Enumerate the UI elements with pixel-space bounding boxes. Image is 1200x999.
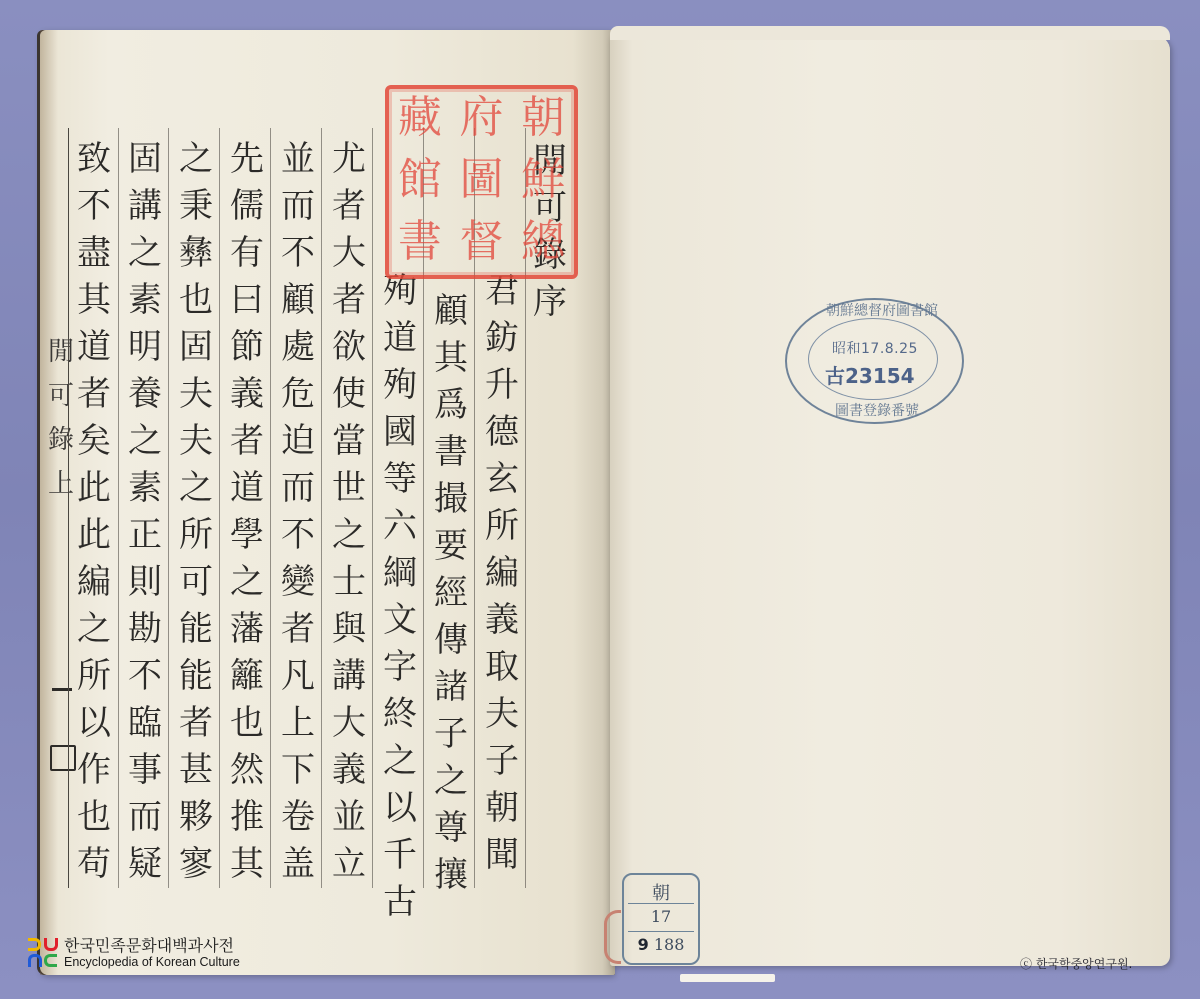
stamp-accession-number: 古23154 bbox=[825, 360, 915, 389]
binding-thread bbox=[604, 910, 621, 964]
copyright-text: ⓒ 한국학중앙연구원. bbox=[1020, 955, 1132, 972]
logo-mark-icon bbox=[28, 938, 58, 968]
page-top-edge bbox=[610, 26, 1170, 40]
right-page bbox=[610, 36, 1170, 966]
text-column-9: 致不盡其道者矣此此編之所以作也苟 bbox=[69, 136, 119, 888]
logo-korean-text: 한국민족문화대백과사전 bbox=[64, 938, 240, 954]
stamp-number: 23154 bbox=[845, 364, 915, 388]
text-column-2: 顧其爲書撮要經傳諸子之尊攘 bbox=[426, 288, 476, 899]
text-column-6: 先儒有曰節義者道學之藩籬也然推其 bbox=[222, 136, 272, 888]
encyclopedia-logo: 한국민족문화대백과사전 Encyclopedia of Korean Cultu… bbox=[28, 938, 240, 969]
text-column-3: 殉道殉國等六綱文字終之以千古 bbox=[375, 268, 425, 926]
stamp-date: 昭和17.8.25 bbox=[832, 338, 918, 358]
text-column-7: 之秉彝也固夫夫之所可能能者甚夥寥 bbox=[171, 136, 221, 888]
call-label-row1: 朝 bbox=[624, 879, 698, 905]
logo-english-text: Encyclopedia of Korean Culture bbox=[64, 956, 240, 969]
call-label-divider bbox=[628, 931, 694, 932]
call-label-divider bbox=[628, 903, 694, 904]
stamp-number-prefix: 古 bbox=[825, 364, 845, 388]
red-library-seal: 藏 府 朝 館 圖 鮮 書 督 總 bbox=[385, 85, 578, 279]
call-number-label: 朝 17 9 188 bbox=[622, 873, 700, 965]
paper-strip bbox=[680, 974, 775, 982]
handwritten-digit: 9 bbox=[638, 935, 649, 954]
stamp-ring-text-bottom: 圖書登錄番號 bbox=[835, 400, 919, 420]
call-label-row3: 9 188 bbox=[624, 935, 698, 954]
book-gutter bbox=[573, 30, 615, 975]
text-column-5: 並而不顧處危迫而不變者凡上下卷盖 bbox=[273, 136, 323, 888]
text-column-1: 君鈁升德玄所編義取夫子朝聞 bbox=[477, 268, 527, 879]
stamp-ring-text-top: 朝鮮總督府圖書館 bbox=[826, 300, 938, 320]
text-column-8: 固講之素明養之素正則勘不臨事而疑 bbox=[120, 136, 170, 888]
book-photo: 閒 可 錄 上 致不盡其道者矣此此編之所以作也苟 固講之素明養之素正則勘不臨事而… bbox=[0, 0, 1200, 999]
call-label-number: 188 bbox=[654, 935, 685, 954]
call-label-row2: 17 bbox=[624, 907, 698, 926]
text-column-4: 尤者大者欲使當世之士與講大義並立 bbox=[324, 136, 374, 888]
